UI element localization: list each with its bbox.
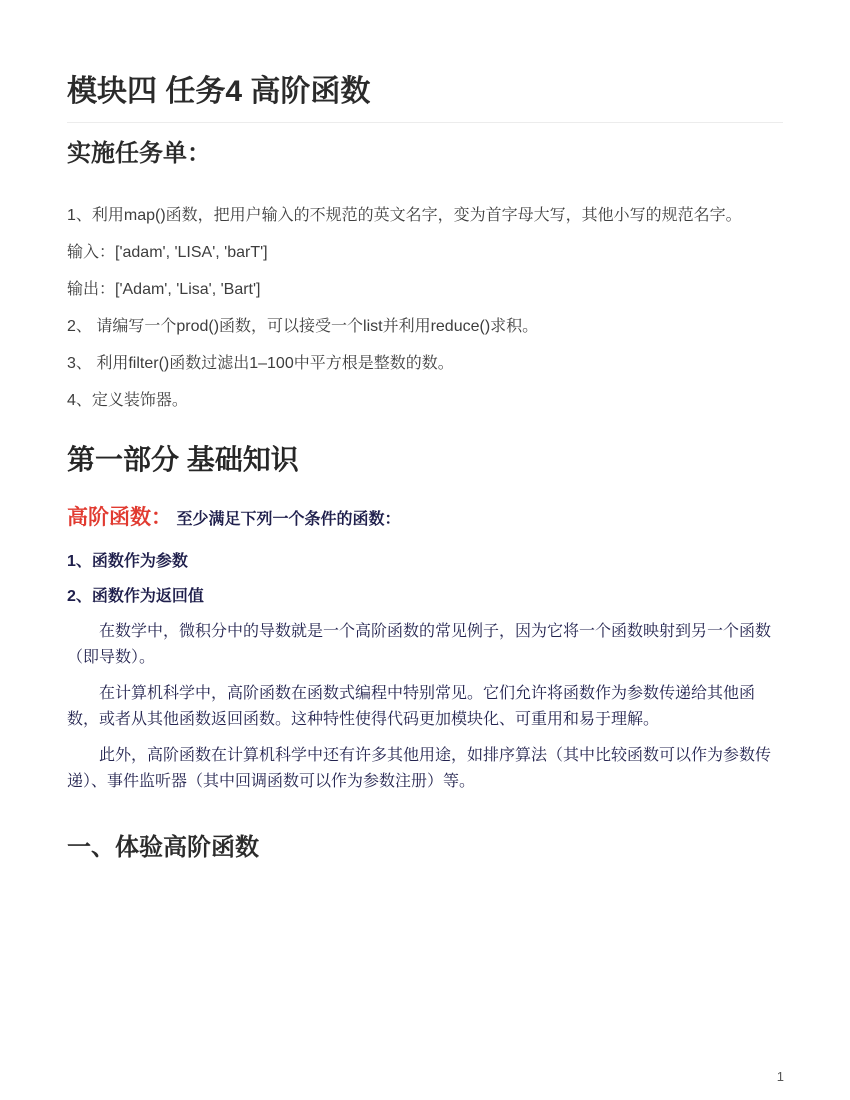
body-paragraph-math: 在数学中，微积分中的导数就是一个高阶函数的常见例子，因为它将一个函数映射到另一个… xyxy=(67,619,783,671)
task-item-2: 2、 请编写一个prod()函数，可以接受一个list并利用reduce()求积… xyxy=(67,314,783,340)
task-sheet-heading: 实施任务单： xyxy=(67,139,783,169)
page-number: 1 xyxy=(777,1069,784,1084)
title-divider xyxy=(67,122,783,123)
term-definition: 至少满足下列一个条件的函数： xyxy=(176,511,400,528)
task-item-4: 4、定义装饰器。 xyxy=(67,388,783,414)
part-one-heading: 第一部分 基础知识 xyxy=(67,444,783,476)
task-item-3: 3、 利用filter()函数过滤出1–100中平方根是整数的数。 xyxy=(67,351,783,377)
body-paragraph-uses: 此外，高阶函数在计算机科学中还有许多其他用途，如排序算法（其中比较函数可以作为参… xyxy=(67,743,783,795)
condition-item-1: 1、函数作为参数 xyxy=(67,549,783,575)
term-line: 高阶函数： 至少满足下列一个条件的函数： xyxy=(67,504,783,534)
task-item-output: 输出：['Adam', 'Lisa', 'Bart'] xyxy=(67,277,783,303)
body-paragraph-cs: 在计算机科学中，高阶函数在函数式编程中特别常见。它们允许将函数作为参数传递给其他… xyxy=(67,681,783,733)
task-list: 1、利用map()函数，把用户输入的不规范的英文名字，变为首字母大写，其他小写的… xyxy=(67,203,783,414)
subsection-heading-experience: 一、体验高阶函数 xyxy=(67,833,783,863)
term-highlight: 高阶函数： xyxy=(67,506,172,529)
task-item-input: 输入：['adam', 'LISA', 'barT'] xyxy=(67,240,783,266)
task-item-1: 1、利用map()函数，把用户输入的不规范的英文名字，变为首字母大写，其他小写的… xyxy=(67,203,783,229)
condition-item-2: 2、函数作为返回值 xyxy=(67,584,783,610)
document-page: 模块四 任务4 高阶函数 实施任务单： 1、利用map()函数，把用户输入的不规… xyxy=(0,74,850,863)
document-title: 模块四 任务4 高阶函数 xyxy=(67,74,783,110)
